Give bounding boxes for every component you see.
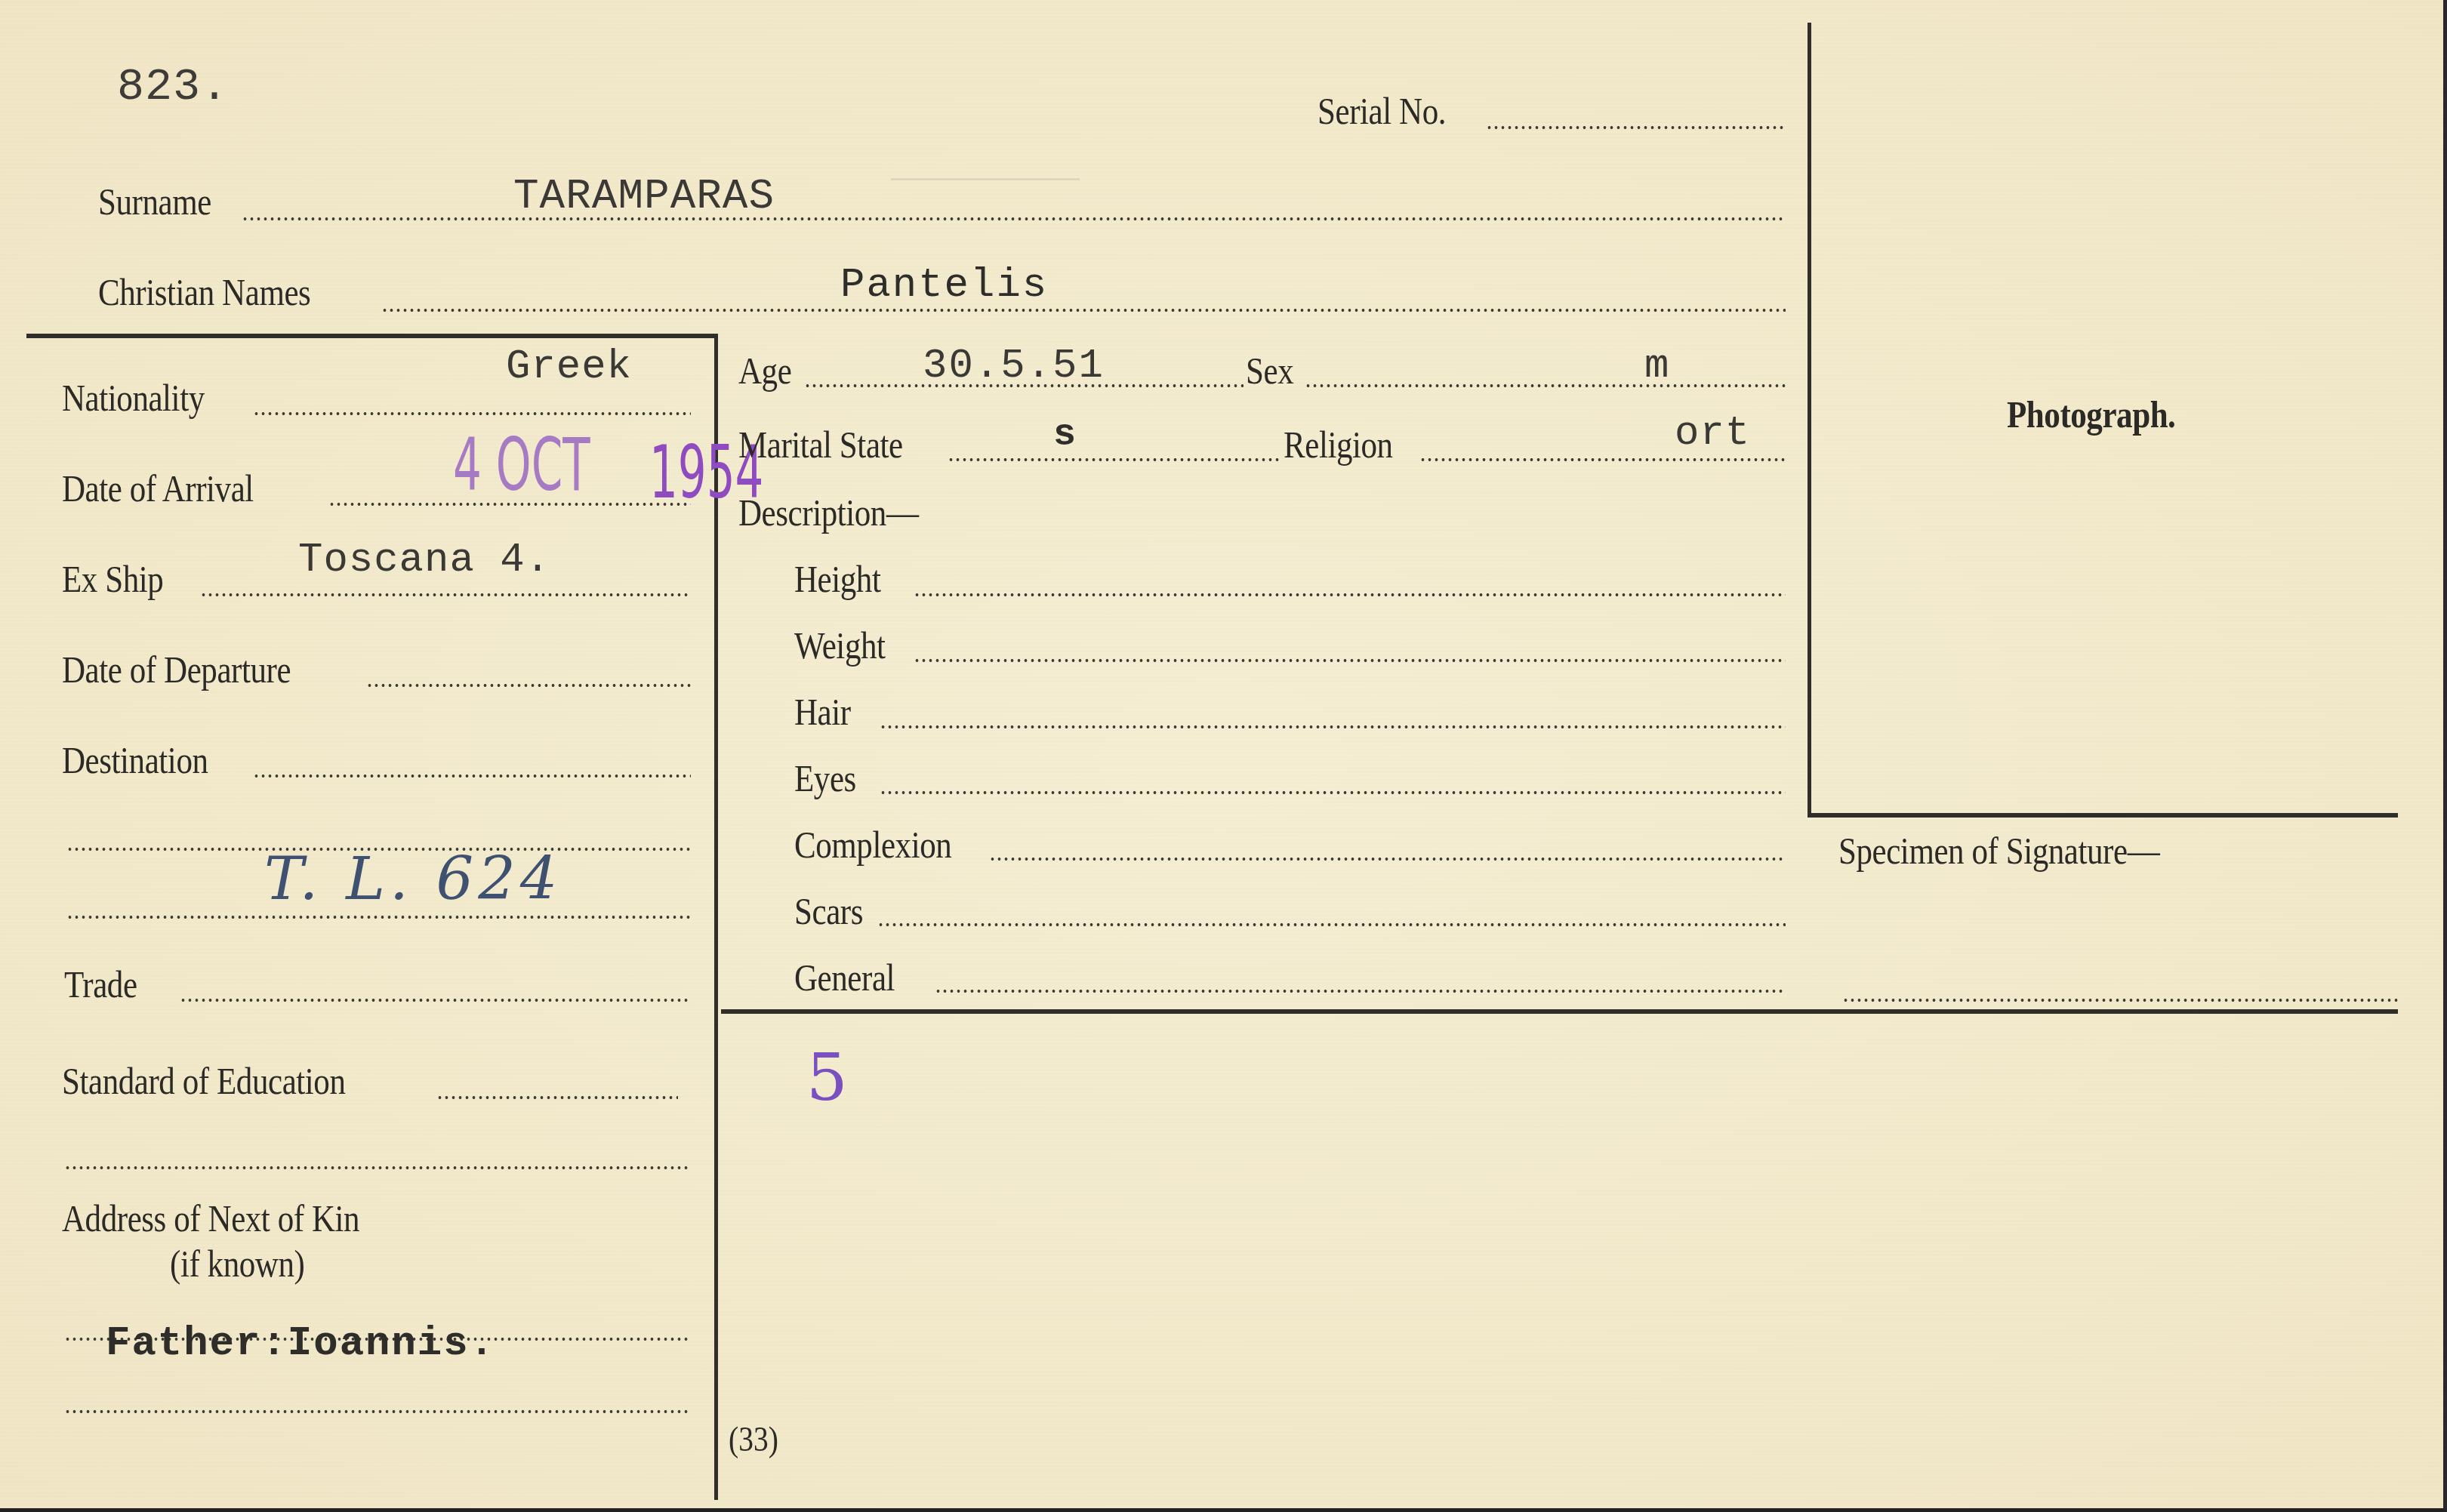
- scars-label: Scars: [794, 889, 863, 933]
- form-number: (33): [729, 1419, 778, 1459]
- photo-box-bottom-rule: [1808, 813, 2398, 818]
- nationality-label: Nationality: [62, 376, 205, 420]
- general-label: General: [794, 956, 895, 999]
- date-of-departure-field-line[interactable]: [366, 683, 691, 688]
- religion-label: Religion: [1284, 423, 1393, 467]
- marital-state-value: s: [1053, 414, 1077, 457]
- description-label: Description—: [738, 491, 918, 534]
- age-label: Age: [738, 349, 791, 393]
- hair-label: Hair: [794, 690, 851, 734]
- photo-box-left-rule: [1808, 23, 1811, 817]
- next-of-kin-sublabel: (if known): [170, 1242, 304, 1286]
- left-top-rule: [26, 334, 717, 338]
- hair-field-line[interactable]: [880, 725, 1786, 729]
- age-value: 30.5.51: [923, 343, 1105, 390]
- eyes-field-line[interactable]: [880, 790, 1786, 795]
- handwritten-note: T. L. 624: [264, 845, 562, 913]
- arrival-date-stamp-day-month: 4 OCT: [453, 423, 590, 507]
- signature-label: Specimen of Signature—: [1838, 829, 2159, 873]
- destination-label: Destination: [62, 738, 208, 782]
- surname-value: TARAMPARAS: [513, 172, 775, 220]
- surname-field-line[interactable]: [242, 217, 1786, 221]
- destination-field-line-3[interactable]: [66, 915, 691, 919]
- photograph-area[interactable]: [1816, 30, 2397, 808]
- next-of-kin-value: Father:Ioannis.: [106, 1321, 495, 1367]
- serial-no-label: Serial No.: [1317, 89, 1446, 133]
- standard-of-education-label: Standard of Education: [62, 1059, 345, 1103]
- height-field-line[interactable]: [914, 593, 1786, 597]
- christian-names-value: Pantelis: [840, 263, 1048, 309]
- trade-field-line[interactable]: [180, 998, 691, 1002]
- sex-value: m: [1644, 343, 1669, 390]
- religion-value: ort: [1675, 411, 1750, 457]
- surname-label: Surname: [98, 180, 211, 223]
- destination-field-line-1[interactable]: [253, 774, 691, 778]
- religion-field-line[interactable]: [1419, 457, 1786, 462]
- signature-field-line[interactable]: [1842, 998, 2398, 1002]
- ex-ship-value: Toscana 4.: [298, 537, 550, 584]
- next-of-kin-label: Address of Next of Kin: [62, 1196, 359, 1240]
- standard-of-education-field-line-2[interactable]: [64, 1166, 691, 1170]
- christian-names-label: Christian Names: [98, 270, 310, 314]
- complexion-field-line[interactable]: [989, 857, 1786, 861]
- christian-names-field-line[interactable]: [381, 308, 1786, 313]
- sex-label: Sex: [1246, 349, 1293, 393]
- complexion-label: Complexion: [794, 823, 951, 867]
- ex-ship-label: Ex Ship: [62, 557, 163, 601]
- ex-ship-field-line[interactable]: [200, 593, 691, 597]
- record-number: 823.: [117, 62, 229, 113]
- trade-label: Trade: [64, 962, 137, 1006]
- eyes-label: Eyes: [794, 756, 856, 800]
- serial-no-field[interactable]: [1486, 125, 1785, 130]
- marital-state-label: Marital State: [738, 423, 903, 467]
- marital-state-field-line[interactable]: [948, 457, 1280, 462]
- stamp-number: 5: [806, 1040, 848, 1116]
- weight-label: Weight: [794, 624, 886, 667]
- scars-field-line[interactable]: [877, 922, 1786, 927]
- nationality-value: Greek: [506, 344, 632, 390]
- immigration-record-card: 823. Serial No. Surname TARAMPARAS Chris…: [0, 0, 2447, 1512]
- height-label: Height: [794, 557, 880, 601]
- general-field-line[interactable]: [935, 989, 1786, 993]
- date-of-arrival-label: Date of Arrival: [62, 467, 254, 510]
- ghost-typing-mark: [891, 178, 1080, 188]
- nationality-field-line[interactable]: [253, 411, 691, 416]
- weight-field-line[interactable]: [914, 658, 1786, 663]
- sex-field-line[interactable]: [1305, 383, 1786, 388]
- date-of-departure-label: Date of Departure: [62, 648, 291, 691]
- middle-bottom-rule: [721, 1009, 2398, 1014]
- standard-of-education-field-line[interactable]: [436, 1095, 678, 1100]
- next-of-kin-field-line-2[interactable]: [64, 1409, 691, 1414]
